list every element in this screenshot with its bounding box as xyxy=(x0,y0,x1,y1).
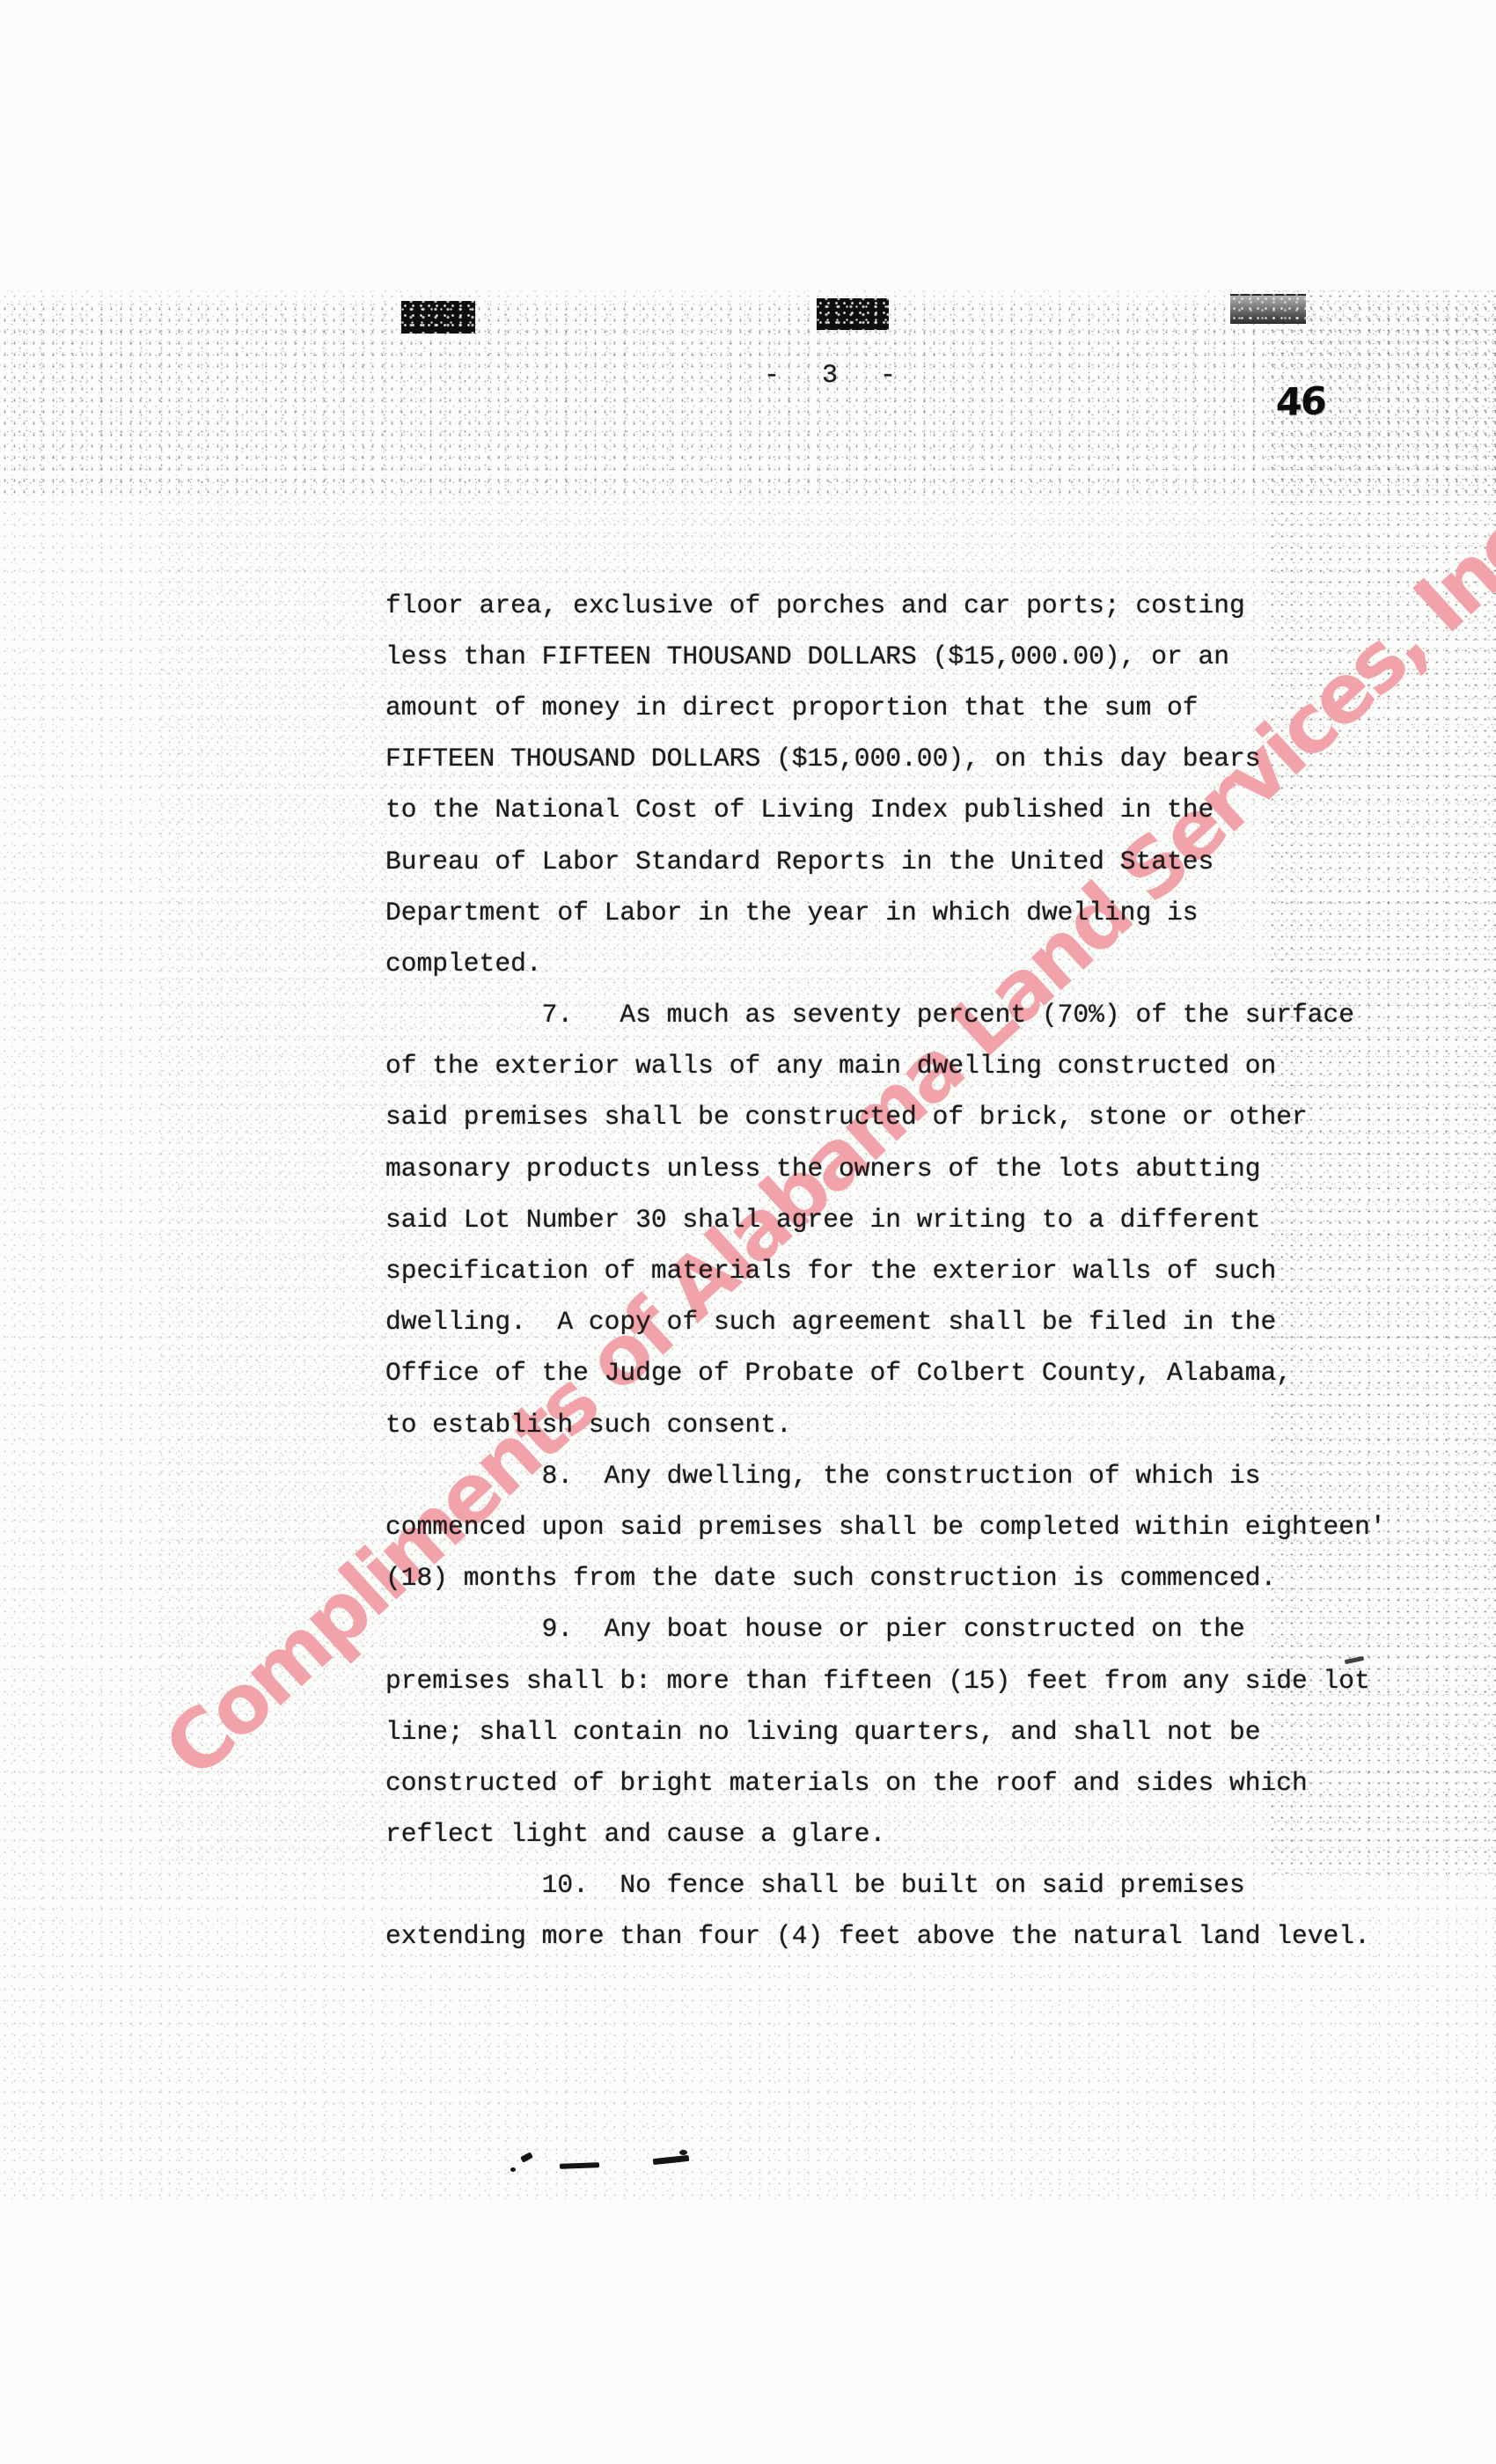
text-line: specification of materials for the exter… xyxy=(385,1245,1386,1296)
ink-dash xyxy=(653,2155,690,2165)
text-line: to the National Cost of Living Index pub… xyxy=(385,784,1386,835)
text-line: commenced upon said premises shall be co… xyxy=(385,1501,1386,1552)
scanned-document-page: Compliments of Alabama Land Services, In… xyxy=(0,0,1496,2464)
text-line: extending more than four (4) feet above … xyxy=(385,1910,1386,1962)
folio-stamp-number: 46 xyxy=(1275,379,1326,425)
text-line: 8. Any dwelling, the construction of whi… xyxy=(385,1450,1386,1501)
document-body: floor area, exclusive of porches and car… xyxy=(385,426,1386,1962)
text-line: Department of Labor in the year in which… xyxy=(385,887,1386,938)
text-line: 9. Any boat house or pier constructed on… xyxy=(385,1603,1386,1654)
text-line: dwelling. A copy of such agreement shall… xyxy=(385,1296,1386,1347)
text-line: Bureau of Labor Standard Reports in the … xyxy=(385,836,1386,887)
text-line: constructed of bright materials on the r… xyxy=(385,1757,1386,1808)
text-line: of the exterior walls of any main dwelli… xyxy=(385,1040,1386,1091)
text-line: reflect light and cause a glare. xyxy=(385,1808,1386,1859)
page-number: - 3 - xyxy=(764,361,909,391)
text-line: masonary products unless the owners of t… xyxy=(385,1143,1386,1194)
text-line: 10. No fence shall be built on said prem… xyxy=(385,1859,1386,1910)
text-line: Office of the Judge of Probate of Colber… xyxy=(385,1347,1386,1398)
scan-smudge-right xyxy=(1230,294,1306,324)
text-line: 7. As much as seventy percent (70%) of t… xyxy=(385,989,1386,1040)
text-line: said premises shall be constructed of br… xyxy=(385,1091,1386,1142)
ink-dash xyxy=(560,2162,599,2169)
text-line: completed. xyxy=(385,938,1386,989)
text-line: said Lot Number 30 shall agree in writin… xyxy=(385,1194,1386,1245)
text-line: floor area, exclusive of porches and car… xyxy=(385,580,1386,631)
text-line: premises shall b: more than fifteen (15)… xyxy=(385,1655,1386,1706)
text-line: amount of money in direct proportion tha… xyxy=(385,682,1386,733)
ink-dash xyxy=(520,2152,533,2162)
text-line: to establish such consent. xyxy=(385,1399,1386,1450)
scan-smudge-left xyxy=(401,301,475,334)
ink-dot xyxy=(510,2167,516,2172)
text-line: (18) months from the date such construct… xyxy=(385,1552,1386,1603)
ink-dot xyxy=(679,2150,687,2155)
scan-smudge-center xyxy=(817,298,889,330)
text-line: less than FIFTEEN THOUSAND DOLLARS ($15,… xyxy=(385,631,1386,682)
text-line: line; shall contain no living quarters, … xyxy=(385,1706,1386,1757)
text-line: FIFTEEN THOUSAND DOLLARS ($15,000.00), o… xyxy=(385,733,1386,784)
